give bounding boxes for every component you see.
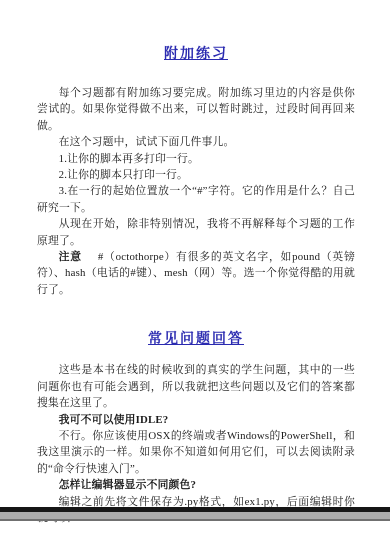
faq-question-editor-colors: 怎样让编辑器显示不同颜色?: [37, 477, 355, 493]
list-item-2: 2.让你的脚本只打印一行。: [37, 167, 355, 183]
paragraph-from-now-on: 从现在开始，除非特别情况，我将不再解释每个习题的工作原理了。: [37, 216, 355, 249]
section-heading-faq[interactable]: 常见问题回答: [37, 328, 355, 348]
list-item-3: 3.在一行的起始位置放一个“#”字符。它的作用是什么？自己研究一下。: [37, 183, 355, 216]
faq-answer-idle: 不行。你应该使用OSX的终端或者Windows的PowerShell，和我这里演…: [37, 428, 355, 477]
page-gap-band: [0, 512, 390, 519]
paragraph-extra-credit-intro: 每个习题都有附加练习要完成。附加练习里边的内容是供你尝试的。如果你觉得做不出来，…: [37, 85, 355, 134]
note-text: #（octothorpe）有很多的英文名字，如pound（英镑符）、hash（电…: [37, 251, 355, 296]
paragraph-faq-intro: 这些是本书在线的时候收到的真实的学生问题，其中的一些问题你也有可能会遇到，所以我…: [37, 362, 355, 411]
paragraph-try-things: 在这个习题中，试试下面几件事儿。: [37, 134, 355, 150]
document-page: 附加练习 每个习题都有附加练习要完成。附加练习里边的内容是供你尝试的。如果你觉得…: [0, 0, 390, 526]
list-item-1: 1.让你的脚本再多打印一行。: [37, 151, 355, 167]
note-paragraph: 注意#（octothorpe）有很多的英文名字，如pound（英镑符）、hash…: [37, 249, 355, 298]
note-label: 注意: [59, 251, 82, 263]
section-heading-extra-credit[interactable]: 附加练习: [37, 43, 355, 63]
next-page-top-edge: [0, 519, 390, 521]
faq-question-idle: 我可不可以使用IDLE?: [37, 412, 355, 428]
page-separator: [0, 507, 390, 521]
